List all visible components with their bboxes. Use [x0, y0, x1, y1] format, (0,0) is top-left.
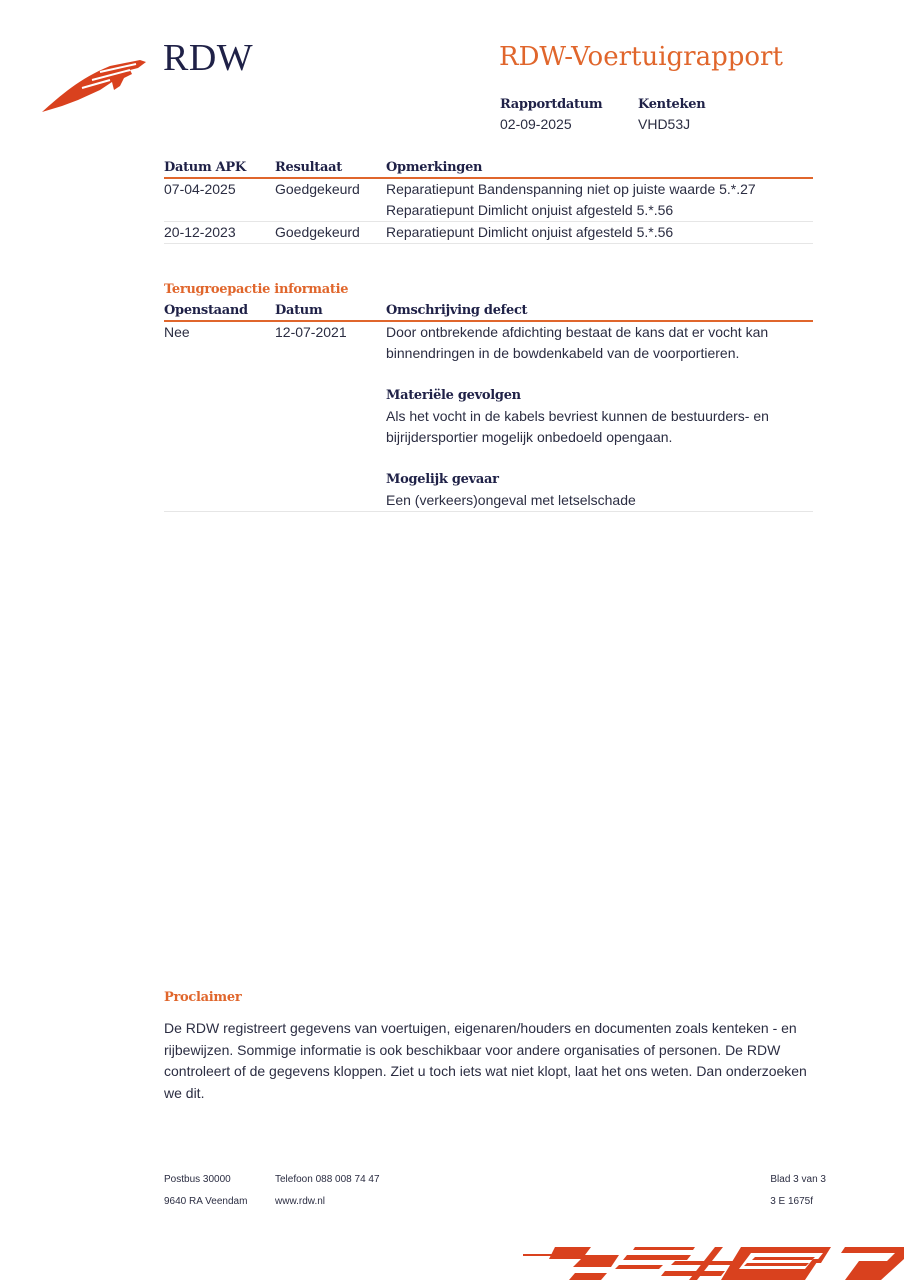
remark-line: Reparatiepunt Dimlicht onjuist afgesteld… — [386, 222, 813, 243]
report-title: RDW-Voertuigrapport — [499, 42, 783, 72]
license-plate-value: VHD53J — [638, 116, 705, 132]
apk-date: 07-04-2025 — [164, 178, 275, 222]
apk-date: 20-12-2023 — [164, 222, 275, 244]
remark-line: Reparatiepunt Dimlicht onjuist afgesteld… — [386, 200, 813, 221]
possible-danger: Een (verkeers)ongeval met letselschade — [386, 490, 773, 511]
footer-phone: Telefoon 088 008 74 47 — [275, 1174, 380, 1185]
license-plate-label: Kenteken — [638, 97, 705, 112]
proclaimer-title: Proclaimer — [164, 990, 241, 1005]
material-consequences: Als het vocht in de kabels bevriest kunn… — [386, 406, 773, 448]
rdw-feather-logo-icon — [40, 56, 150, 116]
footer-page-number: Blad 3 van 3 — [770, 1174, 826, 1185]
footer-document-code: 3 E 1675f — [770, 1196, 813, 1207]
remark-line: Reparatiepunt Bandenspanning niet op jui… — [386, 179, 813, 200]
table-row: Nee 12-07-2021 Door ontbrekende afdichti… — [164, 321, 813, 512]
table-row: 07-04-2025 Goedgekeurd Reparatiepunt Ban… — [164, 178, 813, 222]
report-date-label: Rapportdatum — [500, 97, 602, 112]
proclaimer-text: De RDW registreert gegevens van voertuig… — [164, 1018, 814, 1104]
logo-text: RDW — [163, 36, 253, 80]
report-date-block: Rapportdatum 02-09-2025 — [500, 97, 602, 132]
footer-website[interactable]: www.rdw.nl — [275, 1196, 325, 1207]
column-header-resultaat: Resultaat — [275, 160, 386, 178]
footer-postcode: 9640 RA Veendam — [164, 1196, 247, 1207]
column-header-datum-apk: Datum APK — [164, 160, 275, 178]
recall-description: Door ontbrekende afdichting bestaat de k… — [386, 322, 773, 364]
footer-postbus: Postbus 30000 — [164, 1174, 231, 1185]
column-header-omschrijving: Omschrijving defect — [386, 303, 813, 321]
apk-remarks: Reparatiepunt Dimlicht onjuist afgesteld… — [386, 222, 813, 244]
report-date-value: 02-09-2025 — [500, 116, 602, 132]
apk-table: Datum APK Resultaat Opmerkingen 07-04-20… — [164, 160, 813, 244]
license-plate-block: Kenteken VHD53J — [638, 97, 705, 132]
apk-remarks: Reparatiepunt Bandenspanning niet op jui… — [386, 178, 813, 222]
apk-result: Goedgekeurd — [275, 222, 386, 244]
column-header-datum: Datum — [275, 303, 386, 321]
apk-result: Goedgekeurd — [275, 178, 386, 222]
recall-table: Openstaand Datum Omschrijving defect Nee… — [164, 303, 813, 512]
recall-description-cell: Door ontbrekende afdichting bestaat de k… — [386, 321, 813, 512]
table-row: 20-12-2023 Goedgekeurd Reparatiepunt Dim… — [164, 222, 813, 244]
column-header-openstaand: Openstaand — [164, 303, 275, 321]
recall-section-title: Terugroepactie informatie — [164, 282, 348, 297]
recall-open: Nee — [164, 321, 275, 512]
column-header-opmerkingen: Opmerkingen — [386, 160, 813, 178]
material-consequences-label: Materiële gevolgen — [386, 386, 773, 406]
possible-danger-label: Mogelijk gevaar — [386, 470, 773, 490]
recall-date: 12-07-2021 — [275, 321, 386, 512]
decorative-stripes-icon — [515, 1243, 904, 1280]
